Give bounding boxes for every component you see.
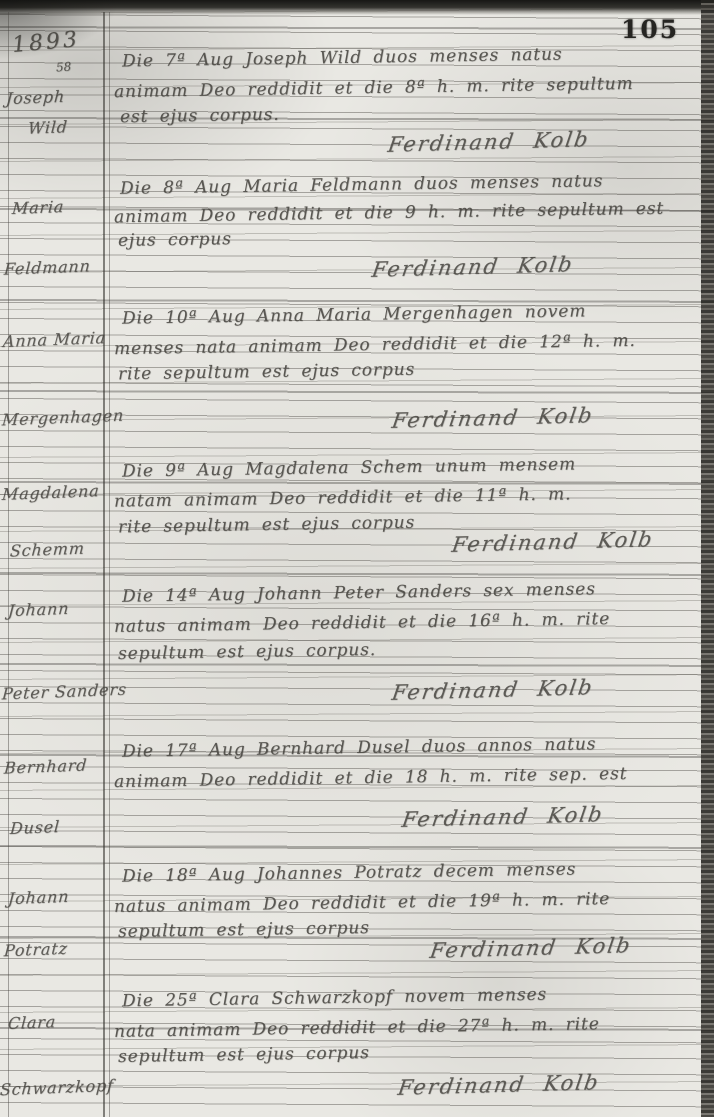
- entry-line: Die 7ª Aug Joseph Wild duos menses natus: [122, 45, 563, 72]
- priest-signature: Ferdinand Kolb: [386, 127, 591, 157]
- entry-line: animam Deo reddidit et die 9 h. m. rite …: [114, 199, 664, 228]
- margin-name-line: Bernhard: [3, 755, 88, 777]
- register-page-scan: 105 1893 58 Joseph Wild Die 7ª Aug Josep…: [0, 0, 714, 1117]
- entry-line: animam Deo reddidit et die 8ª h. m. rite…: [114, 74, 634, 102]
- margin-name-line: Clara: [7, 1012, 56, 1033]
- priest-signature: Ferdinand Kolb: [390, 675, 595, 705]
- margin-name-line: Mergenhagen: [1, 406, 124, 430]
- entry-line: menses nata animam Deo reddidit et die 1…: [114, 331, 636, 359]
- scan-binding-edge: [701, 0, 714, 1117]
- margin-entry-number: 58: [56, 59, 72, 74]
- entry-line: Die 8ª Aug Maria Feldmann duos menses na…: [120, 171, 604, 199]
- entry-line: rite sepultum est ejus corpus: [118, 513, 415, 538]
- entry-line: Die 14ª Aug Johann Peter Sanders sex men…: [122, 579, 596, 606]
- entry-line: sepultum est ejus corpus: [118, 1043, 370, 1067]
- priest-signature: Ferdinand Kolb: [450, 527, 655, 557]
- margin-name-line: Magdalena: [1, 481, 100, 504]
- entry-line: Die 18ª Aug Johannes Potratz decem mense…: [122, 859, 576, 886]
- margin-name-line: Schwarzkopf: [0, 1076, 114, 1099]
- margin-name-line: Wild: [27, 117, 68, 138]
- margin-column-rule-inner: [109, 12, 110, 1117]
- entry-line: Die 9ª Aug Magdalena Schem unum mensem: [122, 454, 576, 481]
- margin-name-line: Joseph: [5, 87, 65, 108]
- entry-line: natus animam Deo reddidit et die 19ª h. …: [114, 889, 610, 917]
- entry-line: animam Deo reddidit et die 18 h. m. rite…: [114, 764, 628, 792]
- margin-name-line: Maria: [11, 197, 64, 218]
- entry-line: sepultum est ejus corpus: [118, 918, 370, 942]
- priest-signature: Ferdinand Kolb: [370, 252, 575, 282]
- margin-name-line: Johann: [7, 887, 70, 908]
- entry-line: Die 10ª Aug Anna Maria Mergenhagen novem: [122, 301, 587, 328]
- margin-name-line: Johann: [7, 599, 70, 620]
- margin-name-line: Potratz: [3, 939, 68, 961]
- page-number: 105: [621, 15, 679, 44]
- priest-signature: Ferdinand Kolb: [400, 802, 605, 832]
- entry-line: nata animam Deo reddidit et die 27ª h. m…: [114, 1014, 600, 1042]
- entry-line: natus animam Deo reddidit et die 16ª h. …: [114, 609, 610, 637]
- priest-signature: Ferdinand Kolb: [428, 933, 633, 963]
- entry-line: ejus corpus: [118, 229, 232, 251]
- margin-name-line: Anna Maria: [2, 328, 106, 351]
- margin-column-rule: [103, 12, 105, 1117]
- entry-line: sepultum est ejus corpus.: [118, 640, 376, 664]
- margin-name-line: Feldmann: [3, 256, 91, 278]
- entry-line: Die 25ª Clara Schwarzkopf novem menses: [122, 985, 547, 1012]
- priest-signature: Ferdinand Kolb: [396, 1070, 601, 1100]
- entry-line: natam animam Deo reddidit et die 11ª h. …: [114, 484, 572, 511]
- entry-line: rite sepultum est ejus corpus: [118, 360, 415, 385]
- priest-signature: Ferdinand Kolb: [390, 403, 595, 433]
- entry-line: Die 17ª Aug Bernhard Dusel duos annos na…: [122, 734, 597, 761]
- entry-line: est ejus corpus.: [120, 105, 280, 128]
- margin-name-line: Dusel: [9, 817, 60, 838]
- margin-name-line: Schemm: [9, 539, 85, 561]
